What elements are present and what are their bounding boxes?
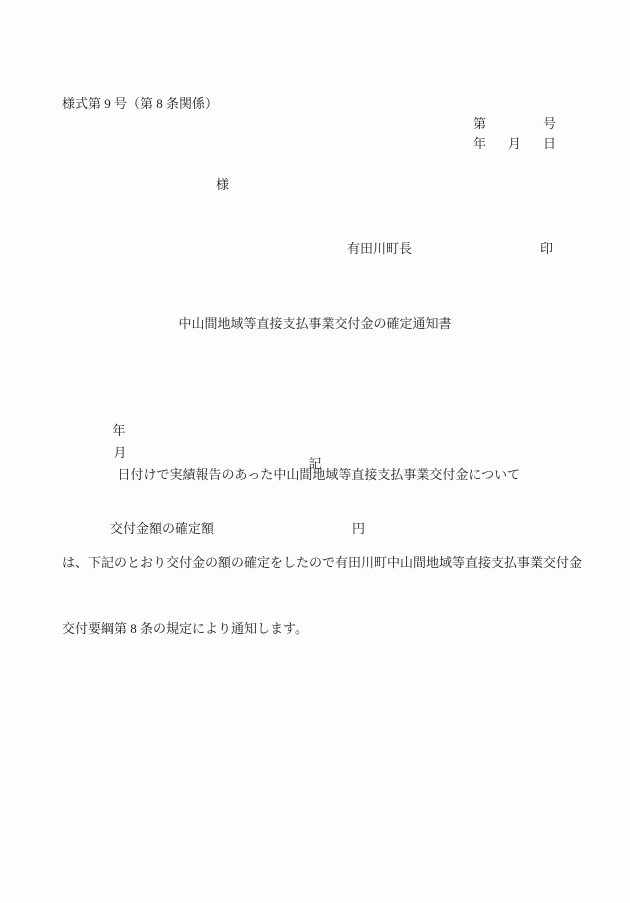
year-blank-label: 年 (113, 423, 126, 438)
form-label: 様式第 9 号（第 8 条関係） (62, 95, 218, 113)
date-year-label: 年 (473, 135, 486, 153)
amount-label: 交付金額の確定額 (110, 520, 214, 538)
seal-mark: 印 (540, 240, 553, 258)
document-page: 様式第 9 号（第 8 条関係） 第 号 年 月 日 様 有田川町長 印 中山間… (0, 0, 630, 903)
date-day-label: 日 (543, 135, 556, 153)
body-line-3: 交付要綱第 8 条の規定により通知します。 (62, 618, 584, 640)
body-line-2: は、下記のとおり交付金の額の確定をしたので有田川町中山間地域等直接支払事業交付金 (62, 552, 584, 574)
doc-number-line: 第 号 (473, 115, 556, 133)
body-paragraph: 年 月 日付けで実績報告のあった中山間地域等直接支払事業交付金について は、下記… (62, 354, 584, 684)
amount-unit: 円 (352, 520, 365, 538)
record-marker: 記 (0, 455, 630, 473)
doc-number-suffix: 号 (543, 115, 556, 133)
body-line-1: 年 月 日付けで実績報告のあった中山間地域等直接支払事業交付金について (62, 398, 584, 508)
sender-line: 有田川町長 印 (347, 240, 553, 258)
amount-line: 交付金額の確定額 円 (110, 520, 365, 538)
sender-title: 有田川町長 (347, 240, 412, 258)
date-line: 年 月 日 (473, 135, 556, 153)
document-title: 中山間地域等直接支払事業交付金の確定通知書 (0, 315, 630, 333)
doc-number-prefix: 第 (473, 115, 486, 133)
addressee-honorific: 様 (216, 176, 229, 194)
date-month-label: 月 (508, 135, 521, 153)
